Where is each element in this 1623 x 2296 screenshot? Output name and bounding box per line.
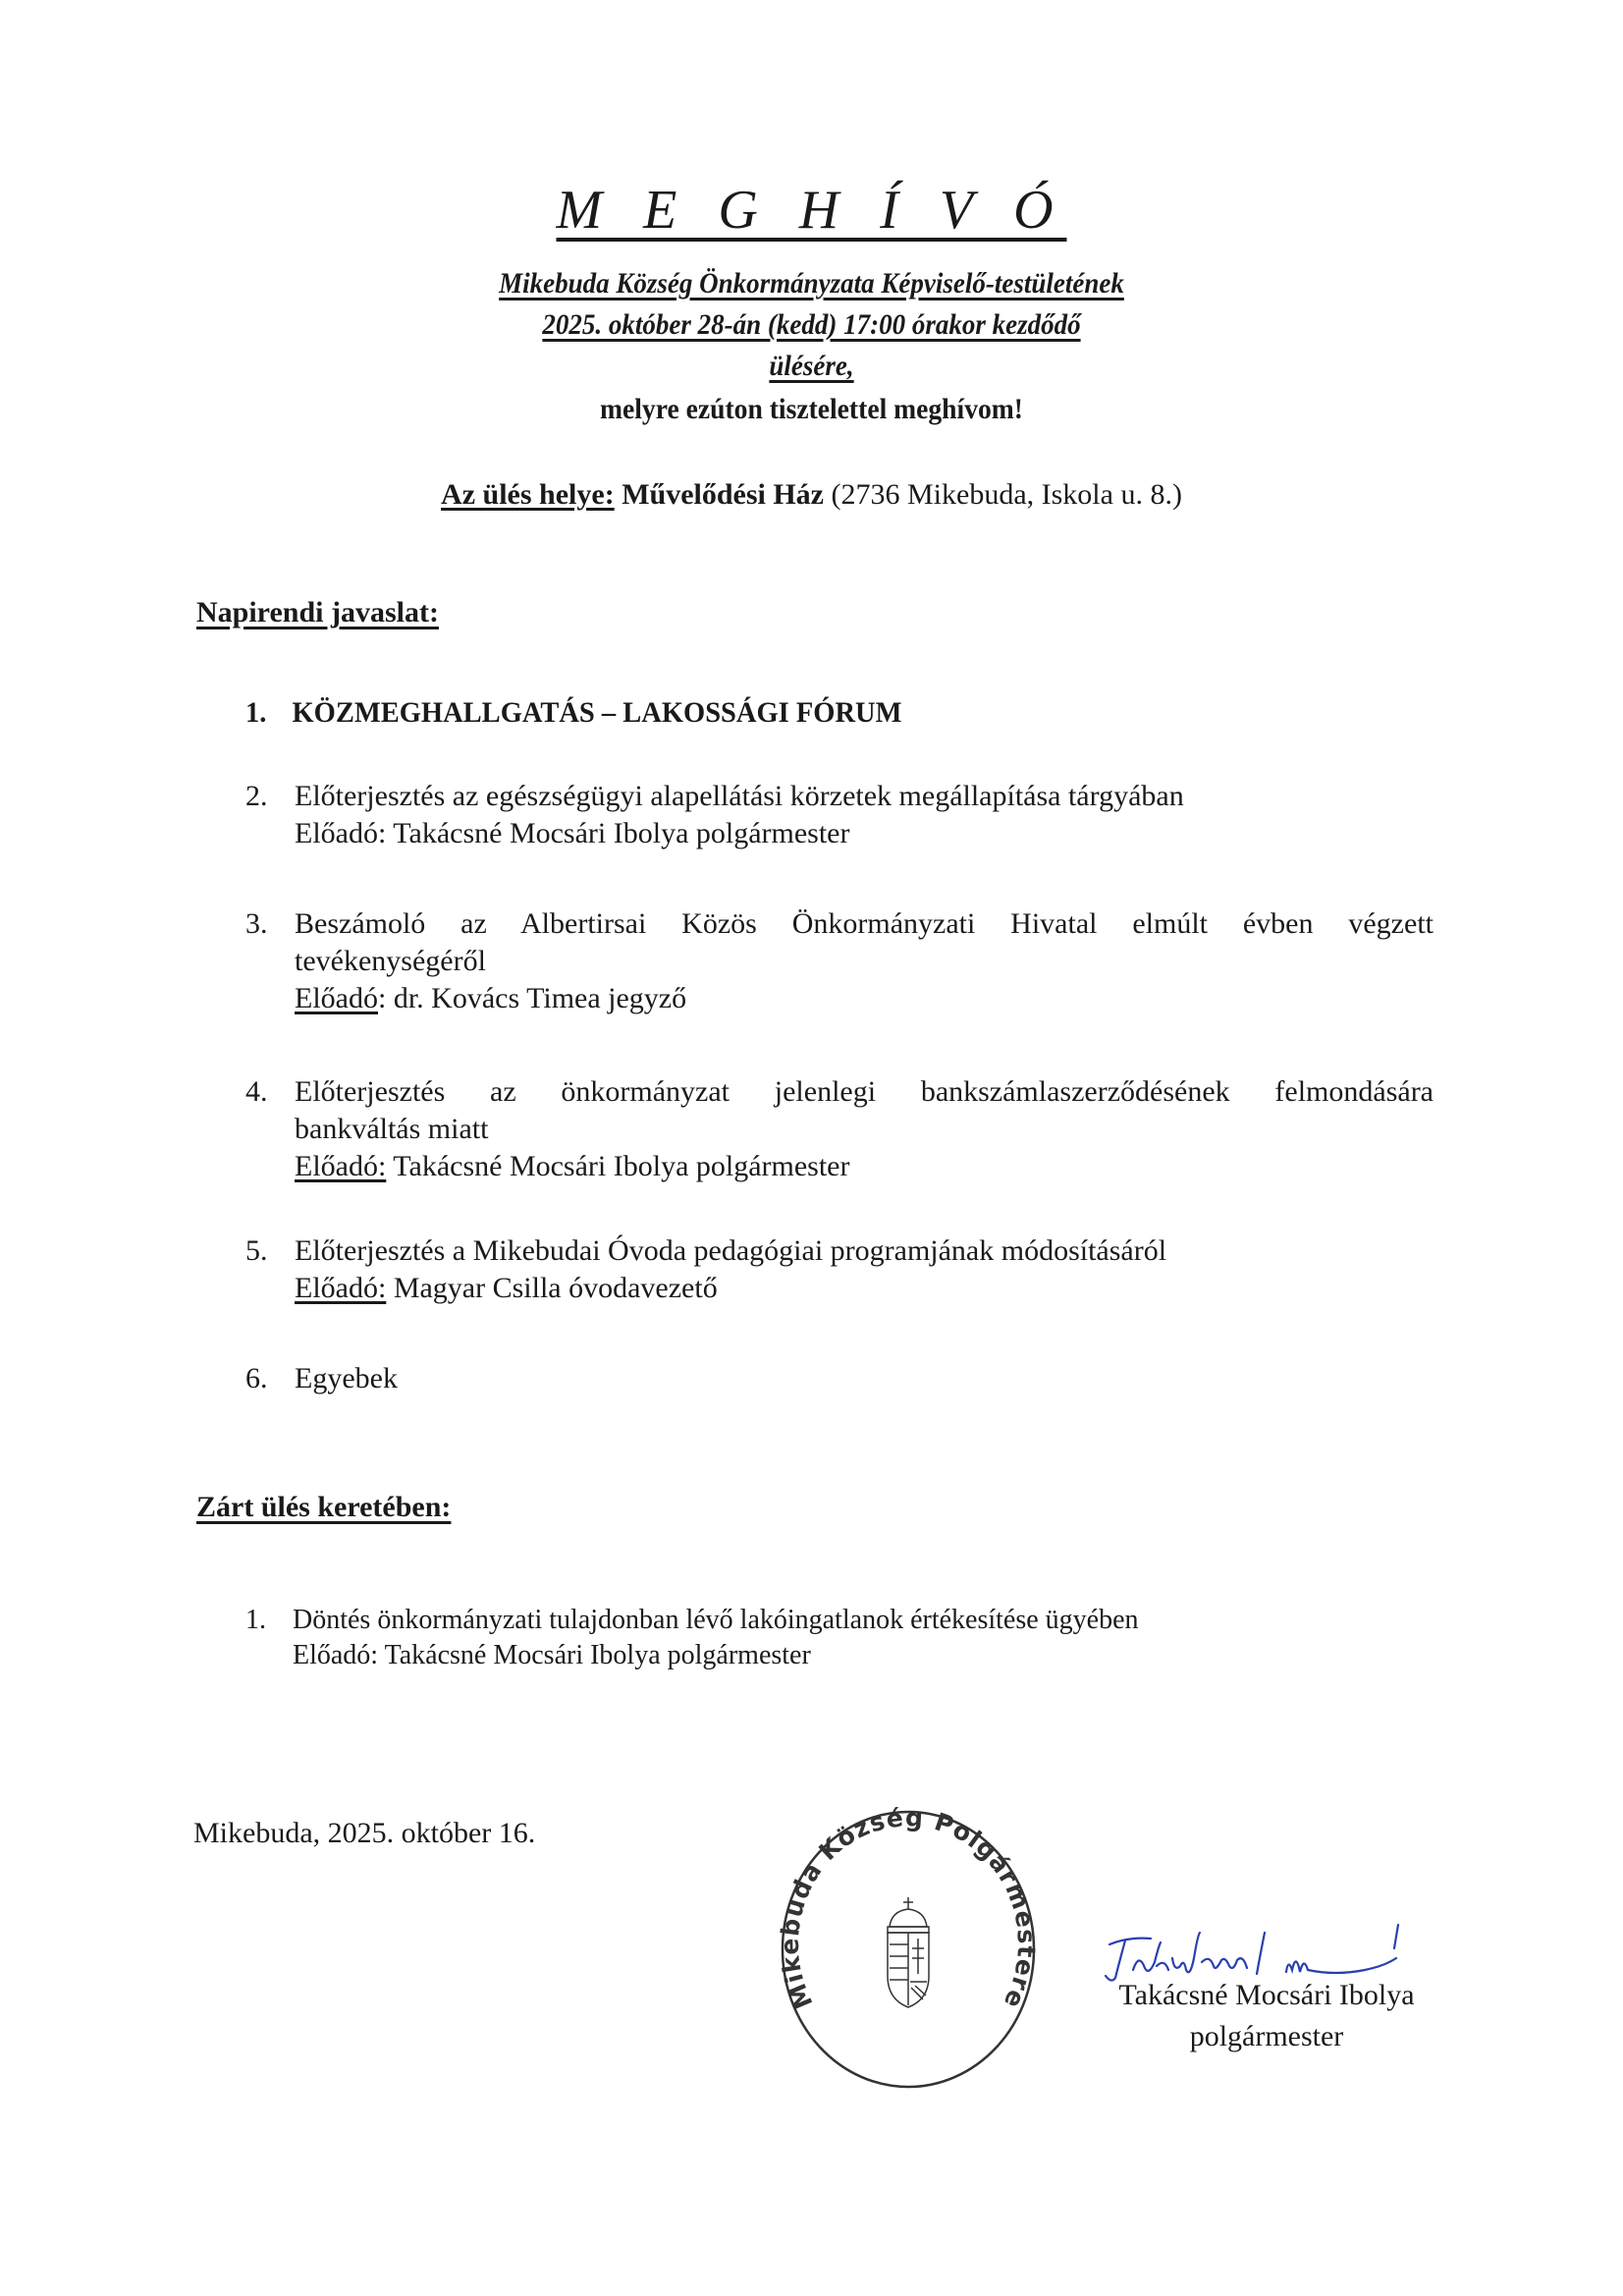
subtitle-line-2: 2025. október 28-án (kedd) 17:00 órakor … <box>81 308 1542 342</box>
official-stamp: Mikebuda Község Polgármestere <box>776 1807 1041 2092</box>
invitation-line: melyre ezúton tisztelettel meghívom! <box>65 393 1558 426</box>
presenter-label: Előadó: <box>295 1150 386 1182</box>
agenda-item-2: 2. Előterjesztés az egészségügyi alapell… <box>245 778 1434 852</box>
item-text: Előterjesztés a Mikebudai Óvoda pedagógi… <box>295 1232 1434 1270</box>
location-label: Az ülés helye: <box>441 478 615 511</box>
place-and-date: Mikebuda, 2025. október 16. <box>193 1817 535 1850</box>
item-number: 5. <box>245 1232 295 1270</box>
item-text: Egyebek <box>295 1360 1434 1397</box>
item-number: 1. <box>245 694 293 732</box>
coat-of-arms-icon <box>888 1897 929 2007</box>
subtitle-line-3: ülésére, <box>81 350 1542 383</box>
location-address: (2736 Mikebuda, Iskola u. 8.) <box>832 478 1182 511</box>
signer-title: polgármester <box>1080 2020 1453 2053</box>
presenter-label: Előadó: <box>295 817 386 849</box>
location-venue: Művelődési Ház <box>622 478 824 511</box>
agenda-item-1: 1. KÖZMEGHALLGATÁS – LAKOSSÁGI FÓRUM <box>245 694 1375 732</box>
item-number: 6. <box>245 1360 295 1397</box>
item-text-line-2: tevékenységéről <box>295 943 1434 980</box>
presenter-name: : dr. Kovács Timea jegyző <box>378 982 686 1014</box>
signer-name: Takácsné Mocsári Ibolya <box>1080 1979 1453 2012</box>
meeting-location: Az ülés helye: Művelődési Ház (2736 Mike… <box>0 478 1623 512</box>
presenter-name: Magyar Csilla óvodavezető <box>386 1272 717 1304</box>
item-presenter: Előadó: Takácsné Mocsári Ibolya polgárme… <box>295 1148 1434 1185</box>
item-text-line-1: Előterjesztés az önkormányzat jelenlegi … <box>295 1073 1434 1111</box>
item-number: 1. <box>245 1603 293 1638</box>
presenter-name: Takácsné Mocsári Ibolya polgármester <box>378 1640 811 1670</box>
item-number: 4. <box>245 1073 295 1111</box>
item-number: 2. <box>245 778 295 815</box>
item-text: Döntés önkormányzati tulajdonban lévő la… <box>293 1603 1325 1638</box>
agenda-item-6: 6. Egyebek <box>245 1360 1434 1397</box>
presenter-label: Előadó: <box>295 1272 386 1304</box>
item-presenter: Előadó: Takácsné Mocsári Ibolya polgárme… <box>295 815 1434 852</box>
document-title: M E G H Í V Ó <box>0 179 1623 242</box>
presenter-name: Takácsné Mocsári Ibolya polgármester <box>386 1150 849 1182</box>
presenter-label: Előadó: <box>293 1640 378 1670</box>
item-text: Előterjesztés az egészségügyi alapellátá… <box>295 778 1434 815</box>
agenda-item-3: 3. Beszámoló az Albertirsai Közös Önkorm… <box>245 905 1434 1017</box>
item-number: 3. <box>245 905 295 943</box>
presenter-name: Takácsné Mocsári Ibolya polgármester <box>386 817 849 849</box>
item-presenter: Előadó: Magyar Csilla óvodavezető <box>295 1270 1434 1307</box>
item-text-line-2: bankváltás miatt <box>295 1111 1434 1148</box>
item-text: KÖZMEGHALLGATÁS – LAKOSSÁGI FÓRUM <box>293 694 1375 732</box>
item-presenter: Előadó: Takácsné Mocsári Ibolya polgárme… <box>293 1638 1325 1673</box>
stamp-seal-icon: Mikebuda Község Polgármestere <box>776 1807 1041 2092</box>
item-text-line-1: Beszámoló az Albertirsai Közös Önkormány… <box>295 905 1434 943</box>
agenda-heading: Napirendi javaslat: <box>196 596 439 629</box>
agenda-item-4: 4. Előterjesztés az önkormányzat jelenle… <box>245 1073 1434 1185</box>
closed-session-item-1: 1. Döntés önkormányzati tulajdonban lévő… <box>245 1603 1325 1673</box>
subtitle-line-1: Mikebuda Község Önkormányzata Képviselő-… <box>81 267 1542 301</box>
presenter-label: Előadó <box>295 982 378 1014</box>
closed-session-heading: Zárt ülés keretében: <box>196 1491 451 1524</box>
item-presenter: Előadó: dr. Kovács Timea jegyző <box>295 980 1434 1017</box>
agenda-item-5: 5. Előterjesztés a Mikebudai Óvoda pedag… <box>245 1232 1434 1307</box>
